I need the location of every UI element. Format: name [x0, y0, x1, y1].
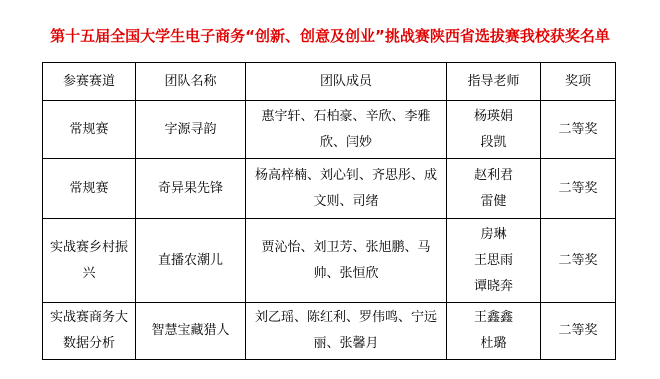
header-cell-team: 团队名称	[136, 63, 246, 101]
track-cell: 常规赛	[43, 159, 136, 219]
table-row: 常规赛 奇异果先锋 杨高梓楠、刘心钊、齐思彤、成文则、司绪 赵利君 雷健 二等奖	[43, 159, 616, 219]
members-cell: 惠宇轩、石柏豪、辛欣、李雅欣、闫妙	[246, 101, 447, 159]
advisor-name: 雷健	[451, 189, 536, 215]
team-cell: 智慧宝藏猎人	[136, 303, 246, 360]
table-row: 实战赛商务大数据分析 智慧宝藏猎人 刘乙瑶、陈红利、罗伟鸣、宁远丽、张馨月 王鑫…	[43, 303, 616, 360]
advisor-name: 杨瑛娟	[451, 104, 536, 130]
members-cell: 刘乙瑶、陈红利、罗伟鸣、宁远丽、张馨月	[246, 303, 447, 360]
table-row: 实战赛乡村振兴 直播农潮儿 贾沁怡、刘卫芳、张旭鹏、马帅、张恒欣 房琳 王思雨 …	[43, 219, 616, 303]
header-cell-advisors: 指导老师	[447, 63, 541, 101]
awards-table: 参赛赛道 团队名称 团队成员 指导老师 奖项 常规赛 字源寻韵 惠宇轩、石柏豪、…	[42, 62, 616, 360]
advisor-name: 杜璐	[451, 331, 536, 357]
team-cell: 奇异果先锋	[136, 159, 246, 219]
track-cell: 实战赛乡村振兴	[43, 219, 136, 303]
table-row: 常规赛 字源寻韵 惠宇轩、石柏豪、辛欣、李雅欣、闫妙 杨瑛娟 段凯 二等奖	[43, 101, 616, 159]
page-title: 第十五届全国大学生电子商务“创新、创意及创业”挑战赛陕西省选拔赛我校获奖名单	[0, 25, 660, 46]
team-cell: 直播农潮儿	[136, 219, 246, 303]
award-cell: 二等奖	[541, 159, 616, 219]
advisor-name: 谭晓奔	[451, 274, 536, 300]
members-cell: 杨高梓楠、刘心钊、齐思彤、成文则、司绪	[246, 159, 447, 219]
advisor-name: 房琳	[451, 222, 536, 248]
document-page: 第十五届全国大学生电子商务“创新、创意及创业”挑战赛陕西省选拔赛我校获奖名单 参…	[0, 0, 660, 379]
award-cell: 二等奖	[541, 303, 616, 360]
advisor-name: 段凯	[451, 130, 536, 156]
header-cell-award: 奖项	[541, 63, 616, 101]
advisor-name: 王鑫鑫	[451, 305, 536, 331]
advisors-cell: 房琳 王思雨 谭晓奔	[447, 219, 541, 303]
award-cell: 二等奖	[541, 101, 616, 159]
members-cell: 贾沁怡、刘卫芳、张旭鹏、马帅、张恒欣	[246, 219, 447, 303]
header-cell-members: 团队成员	[246, 63, 447, 101]
advisor-name: 王思雨	[451, 248, 536, 274]
award-cell: 二等奖	[541, 219, 616, 303]
advisor-name: 赵利君	[451, 163, 536, 189]
track-cell: 实战赛商务大数据分析	[43, 303, 136, 360]
advisors-cell: 王鑫鑫 杜璐	[447, 303, 541, 360]
team-cell: 字源寻韵	[136, 101, 246, 159]
advisors-cell: 杨瑛娟 段凯	[447, 101, 541, 159]
track-cell: 常规赛	[43, 101, 136, 159]
header-cell-track: 参赛赛道	[43, 63, 136, 101]
advisors-cell: 赵利君 雷健	[447, 159, 541, 219]
header-row: 参赛赛道 团队名称 团队成员 指导老师 奖项	[43, 63, 616, 101]
